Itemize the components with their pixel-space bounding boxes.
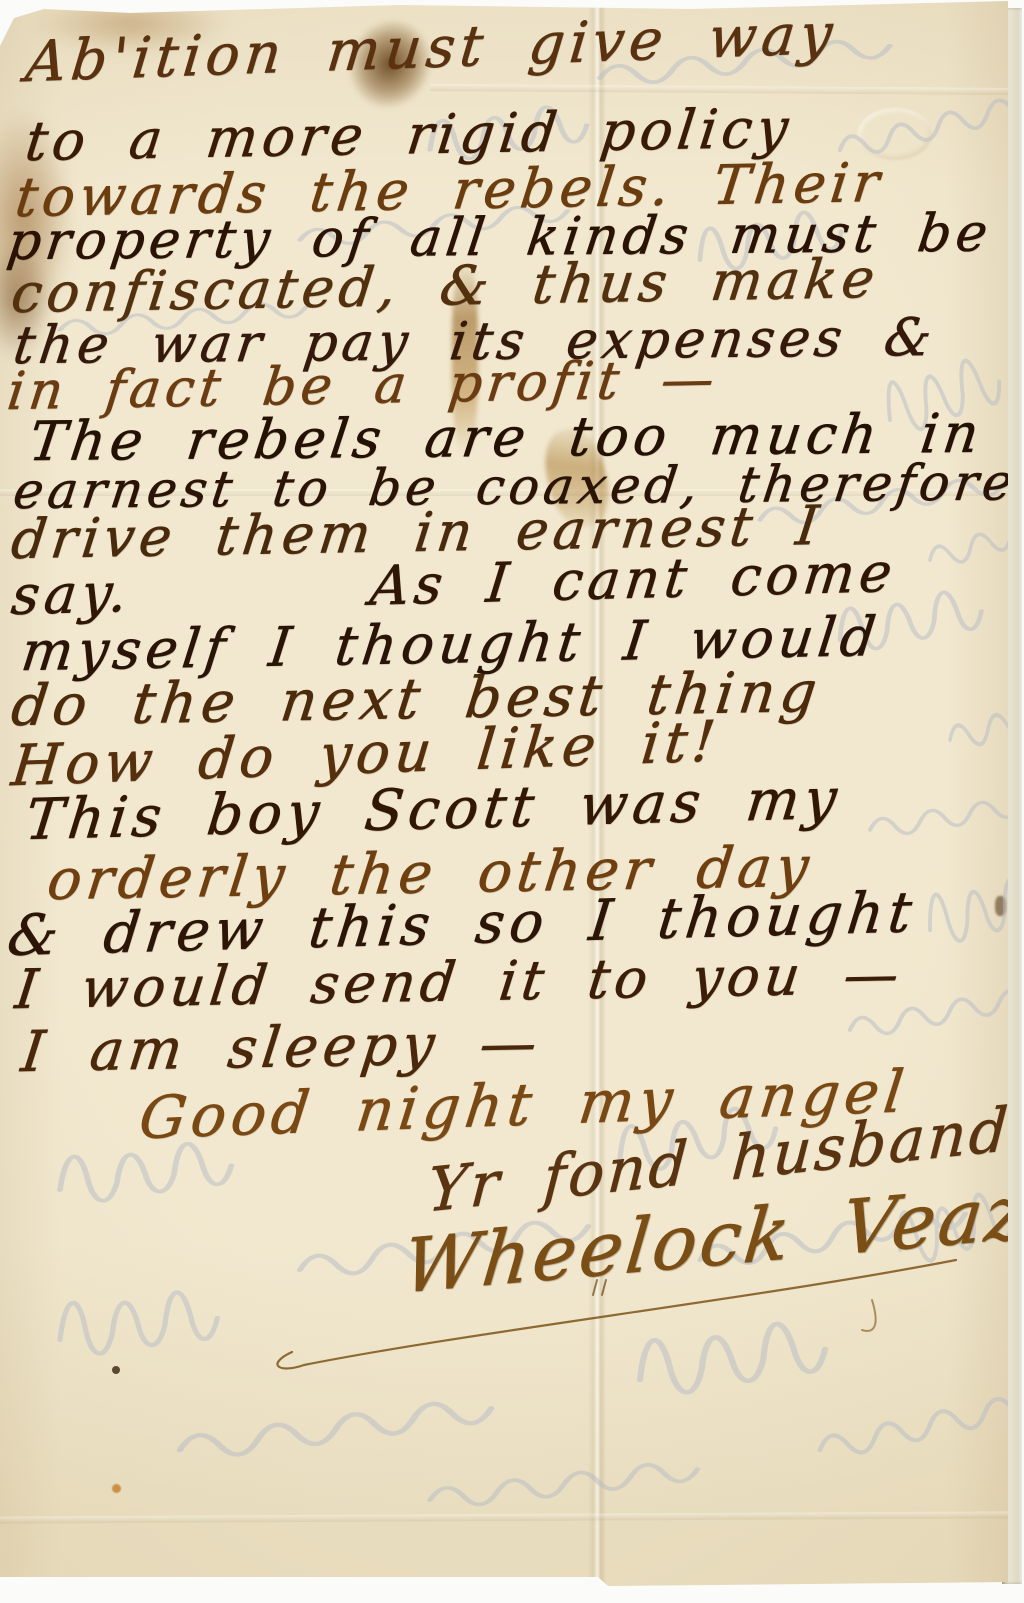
letter-photograph: Ab'ition must give way to a more rigid p… <box>0 0 1024 1603</box>
letter-page: Ab'ition must give way to a more rigid p… <box>0 0 1008 1590</box>
signature-flourish <box>0 0 1008 1590</box>
